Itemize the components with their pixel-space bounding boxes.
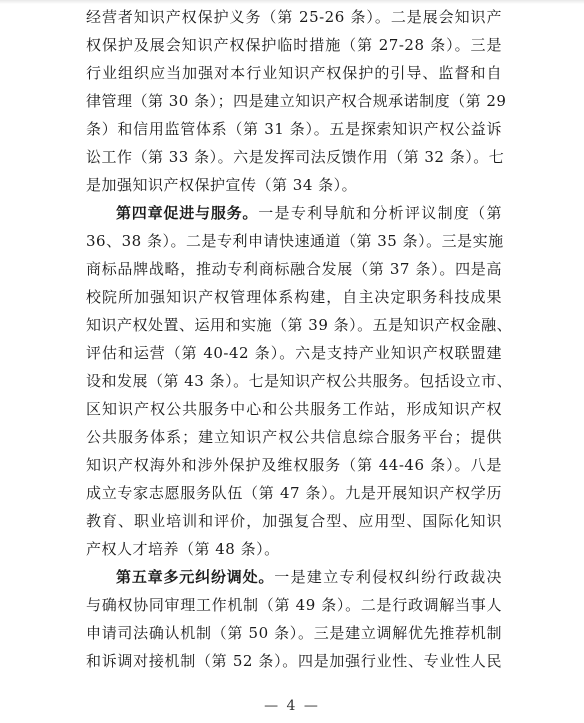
- document-page-body: 经营者知识产权保护义务（第 25-26 条）。二是展会知识产 权保护及展会知识产…: [86, 3, 502, 675]
- text-line: 36、38 条）。二是专利申请快速通道（第 35 条）。三是实施: [86, 227, 502, 255]
- text-line: 知识产权海外和涉外保护及维权服务（第 44-46 条）。八是: [86, 451, 502, 479]
- text-line: 成立专家志愿服务队伍（第 47 条）。九是开展知识产权学历: [86, 479, 502, 507]
- text-line: 是加强知识产权保护宣传（第 34 条）。: [86, 171, 502, 199]
- text-line: 讼工作（第 33 条）。六是发挥司法反馈作用（第 32 条）。七: [86, 143, 502, 171]
- text-line: 区知识产权公共服务中心和公共服务工作站，形成知识产权: [86, 395, 502, 423]
- chapter-4-first-line-text: 一是专利导航和分析评议制度（第: [258, 204, 502, 222]
- text-line: 知识产权处置、运用和实施（第 39 条）。五是知识产权金融、: [86, 311, 502, 339]
- chapter-4-heading: 第四章促进与服务。: [116, 204, 258, 222]
- text-line: 校院所加强知识产权管理体系构建，自主决定职务科技成果: [86, 283, 502, 311]
- text-line: 行业组织应当加强对本行业知识产权保护的引导、监督和自: [86, 59, 502, 87]
- text-line: 律管理（第 30 条）；四是建立知识产权合规承诺制度（第 29: [86, 87, 502, 115]
- chapter-5-first-line-text: 一是建立专利侵权纠纷行政裁决: [274, 568, 502, 586]
- paragraph-chapter-4: 第四章促进与服务。一是专利导航和分析评议制度（第 36、38 条）。二是专利申请…: [86, 199, 502, 563]
- text-line: 教育、职业培训和评价，加强复合型、应用型、国际化知识: [86, 507, 502, 535]
- text-line: 与确权协同审理工作机制（第 49 条）。二是行政调解当事人: [86, 591, 502, 619]
- text-line: 公共服务体系；建立知识产权公共信息综合服务平台；提供: [86, 423, 502, 451]
- paragraph-protection-continued: 经营者知识产权保护义务（第 25-26 条）。二是展会知识产 权保护及展会知识产…: [86, 3, 502, 199]
- text-line: 申请司法确认机制（第 50 条）。三是建立调解优先推荐机制: [86, 619, 502, 647]
- text-line: 商标品牌战略，推动专利商标融合发展（第 37 条）。四是高: [86, 255, 502, 283]
- paragraph-chapter-5: 第五章多元纠纷调处。一是建立专利侵权纠纷行政裁决 与确权协同审理工作机制（第 4…: [86, 563, 502, 675]
- text-line: 条）和信用监管体系（第 31 条）。五是探索知识产权公益诉: [86, 115, 502, 143]
- text-line: 和诉调对接机制（第 52 条）。四是加强行业性、专业性人民: [86, 647, 502, 675]
- text-line: 设和发展（第 43 条）。七是知识产权公共服务。包括设立市、: [86, 367, 502, 395]
- page-number: — 4 —: [0, 698, 584, 714]
- text-line: 权保护及展会知识产权保护临时措施（第 27-28 条）。三是: [86, 31, 502, 59]
- text-line: 产权人才培养（第 48 条）。: [86, 535, 502, 563]
- text-line-first: 第四章促进与服务。一是专利导航和分析评议制度（第: [86, 199, 502, 227]
- text-line: 评估和运营（第 40-42 条）。六是支持产业知识产权联盟建: [86, 339, 502, 367]
- chapter-5-heading: 第五章多元纠纷调处。: [116, 568, 274, 586]
- text-line: 经营者知识产权保护义务（第 25-26 条）。二是展会知识产: [86, 3, 502, 31]
- text-line-first: 第五章多元纠纷调处。一是建立专利侵权纠纷行政裁决: [86, 563, 502, 591]
